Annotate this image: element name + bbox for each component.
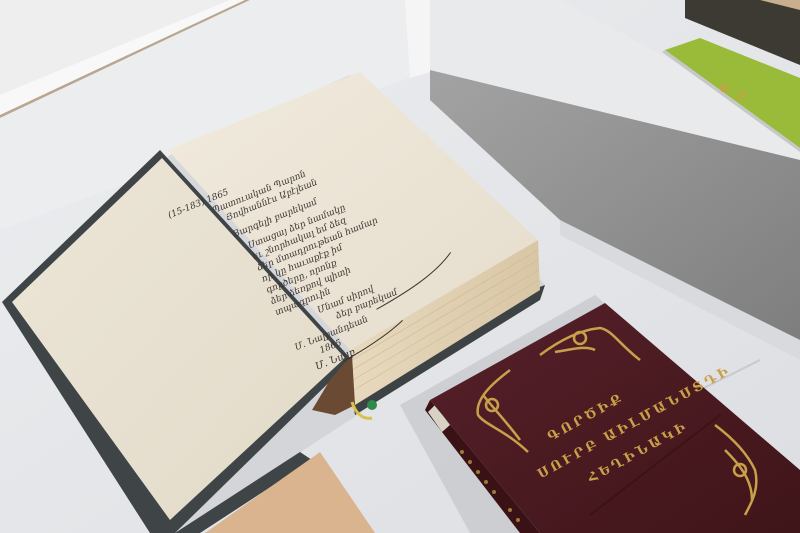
scene-illustration: Ա Ը (15-183) 1865 Պատուական Պարոն Յովհան…	[0, 0, 800, 533]
museum-display-photo: Ա Ը (15-183) 1865 Պատուական Պարոն Յովհան…	[0, 0, 800, 533]
ribbon-bookmark-green	[367, 400, 377, 410]
